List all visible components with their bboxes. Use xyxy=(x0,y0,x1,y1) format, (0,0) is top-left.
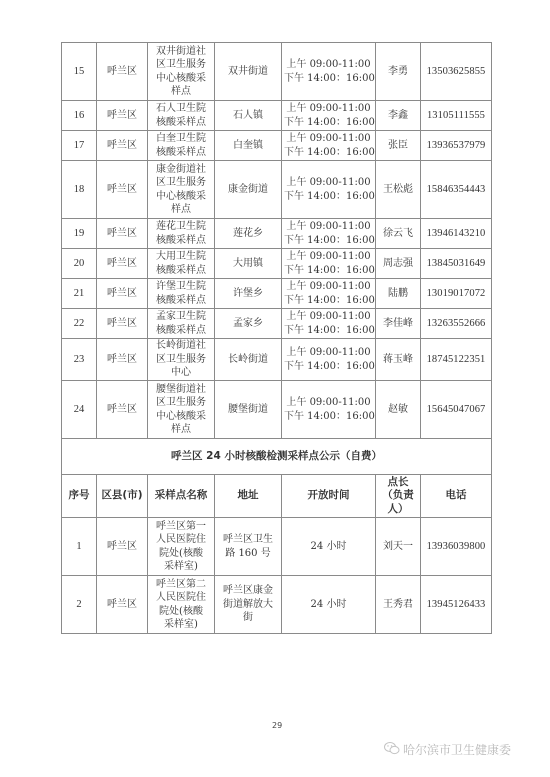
district: 呼兰区 xyxy=(97,249,148,279)
district: 呼兰区 xyxy=(97,161,148,219)
time-afternoon: 下午 14:00：16:00 xyxy=(284,294,373,308)
table-row: 18呼兰区康金街道社区卫生服务中心核酸采样点康金街道上午 09:00-11:00… xyxy=(62,161,492,219)
leader: 李勇 xyxy=(376,43,421,101)
leader: 刘天一 xyxy=(376,518,421,576)
site-name-cell: 许堡卫生院核酸采样点 xyxy=(148,279,215,309)
time-morning: 上午 09:00-11:00 xyxy=(284,250,373,264)
open-time: 24 小时 xyxy=(282,576,376,634)
row-number: 21 xyxy=(62,279,97,309)
district: 呼兰区 xyxy=(97,43,148,101)
watermark-text: 哈尔滨市卫生健康委 xyxy=(403,741,511,758)
row-number: 2 xyxy=(62,576,97,634)
section-title: 呼兰区 24 小时核酸检测采样点公示（自费） xyxy=(62,439,492,475)
column-header: 电话 xyxy=(421,475,492,518)
phone: 15645047067 xyxy=(421,381,492,439)
column-header: 区县(市) xyxy=(97,475,148,518)
open-time: 24 小时 xyxy=(282,518,376,576)
phone: 13503625855 xyxy=(421,43,492,101)
district: 呼兰区 xyxy=(97,219,148,249)
district: 呼兰区 xyxy=(97,309,148,339)
open-time: 上午 09:00-11:00下午 14:00：16:00 xyxy=(282,381,376,439)
site-name-cell: 大用卫生院核酸采样点 xyxy=(148,249,215,279)
site-name: 莲花卫生院核酸采样点 xyxy=(150,220,212,247)
open-time: 上午 09:00-11:00下午 14:00：16:00 xyxy=(282,279,376,309)
address: 康金街道 xyxy=(215,161,282,219)
leader: 陆鹏 xyxy=(376,279,421,309)
leader: 张臣 xyxy=(376,131,421,161)
open-time: 上午 09:00-11:00下午 14:00：16:00 xyxy=(282,219,376,249)
site-name: 腰堡街道社区卫生服务中心核酸采样点 xyxy=(150,383,212,437)
site-name-cell: 白奎卫生院核酸采样点 xyxy=(148,131,215,161)
time-afternoon: 下午 14:00：16:00 xyxy=(284,72,373,86)
address: 石人镇 xyxy=(215,101,282,131)
leader: 赵敏 xyxy=(376,381,421,439)
time-morning: 上午 09:00-11:00 xyxy=(284,310,373,324)
open-time: 上午 09:00-11:00下午 14:00：16:00 xyxy=(282,101,376,131)
row-number: 19 xyxy=(62,219,97,249)
leader: 王秀君 xyxy=(376,576,421,634)
table-row: 22呼兰区孟家卫生院核酸采样点孟家乡上午 09:00-11:00下午 14:00… xyxy=(62,309,492,339)
time-afternoon: 下午 14:00：16:00 xyxy=(284,360,373,374)
site-name: 白奎卫生院核酸采样点 xyxy=(150,132,212,159)
site-name: 双井街道社区卫生服务中心核酸采样点 xyxy=(150,45,212,99)
column-header: 点长（负责人） xyxy=(376,475,421,518)
sampling-sites-table: 15呼兰区双井街道社区卫生服务中心核酸采样点双井街道上午 09:00-11:00… xyxy=(61,42,492,634)
time-afternoon: 下午 14:00：16:00 xyxy=(284,234,373,248)
table-row: 21呼兰区许堡卫生院核酸采样点许堡乡上午 09:00-11:00下午 14:00… xyxy=(62,279,492,309)
address: 大用镇 xyxy=(215,249,282,279)
column-header: 开放时间 xyxy=(282,475,376,518)
row-number: 17 xyxy=(62,131,97,161)
phone: 13945126433 xyxy=(421,576,492,634)
leader: 李鑫 xyxy=(376,101,421,131)
row-number: 1 xyxy=(62,518,97,576)
time-morning: 上午 09:00-11:00 xyxy=(284,176,373,190)
table-row: 2呼兰区呼兰区第二人民医院住院处(核酸采样室)呼兰区康金街道解放大街24 小时王… xyxy=(62,576,492,634)
address: 莲花乡 xyxy=(215,219,282,249)
row-number: 16 xyxy=(62,101,97,131)
address: 呼兰区卫生路 160 号 xyxy=(217,533,279,560)
time-afternoon: 下午 14:00：16:00 xyxy=(284,410,373,424)
leader: 徐云飞 xyxy=(376,219,421,249)
district: 呼兰区 xyxy=(97,576,148,634)
site-name: 许堡卫生院核酸采样点 xyxy=(150,280,212,307)
header-row: 序号区县(市)采样点名称地址开放时间点长（负责人）电话 xyxy=(62,475,492,518)
table-row: 20呼兰区大用卫生院核酸采样点大用镇上午 09:00-11:00下午 14:00… xyxy=(62,249,492,279)
address: 白奎镇 xyxy=(215,131,282,161)
phone: 13845031649 xyxy=(421,249,492,279)
district: 呼兰区 xyxy=(97,339,148,381)
site-name: 石人卫生院核酸采样点 xyxy=(150,102,212,129)
address: 呼兰区康金街道解放大街 xyxy=(217,584,279,625)
table-row: 24呼兰区腰堡街道社区卫生服务中心核酸采样点腰堡街道上午 09:00-11:00… xyxy=(62,381,492,439)
address-cell: 呼兰区卫生路 160 号 xyxy=(215,518,282,576)
row-number: 22 xyxy=(62,309,97,339)
table-row: 16呼兰区石人卫生院核酸采样点石人镇上午 09:00-11:00下午 14:00… xyxy=(62,101,492,131)
row-number: 24 xyxy=(62,381,97,439)
site-name-cell: 石人卫生院核酸采样点 xyxy=(148,101,215,131)
address: 双井街道 xyxy=(215,43,282,101)
time-morning: 上午 09:00-11:00 xyxy=(284,220,373,234)
site-name-cell: 莲花卫生院核酸采样点 xyxy=(148,219,215,249)
watermark: 哈尔滨市卫生健康委 xyxy=(384,741,511,758)
time-afternoon: 下午 14:00：16:00 xyxy=(284,146,373,160)
page-number: 29 xyxy=(272,721,282,730)
site-name-cell: 腰堡街道社区卫生服务中心核酸采样点 xyxy=(148,381,215,439)
address: 许堡乡 xyxy=(215,279,282,309)
site-name-cell: 长岭街道社区卫生服务中心 xyxy=(148,339,215,381)
phone: 13019017072 xyxy=(421,279,492,309)
open-time: 上午 09:00-11:00下午 14:00：16:00 xyxy=(282,43,376,101)
district: 呼兰区 xyxy=(97,131,148,161)
open-time: 上午 09:00-11:00下午 14:00：16:00 xyxy=(282,339,376,381)
table-row: 1呼兰区呼兰区第一人民医院住院处(核酸采样室)呼兰区卫生路 160 号24 小时… xyxy=(62,518,492,576)
phone: 13936039800 xyxy=(421,518,492,576)
time-morning: 上午 09:00-11:00 xyxy=(284,280,373,294)
phone: 13105111555 xyxy=(421,101,492,131)
row-number: 23 xyxy=(62,339,97,381)
site-name-cell: 呼兰区第一人民医院住院处(核酸采样室) xyxy=(148,518,215,576)
column-header: 采样点名称 xyxy=(148,475,215,518)
phone: 15846354443 xyxy=(421,161,492,219)
row-number: 15 xyxy=(62,43,97,101)
row-number: 20 xyxy=(62,249,97,279)
table-row: 23呼兰区长岭街道社区卫生服务中心长岭街道上午 09:00-11:00下午 14… xyxy=(62,339,492,381)
site-name: 孟家卫生院核酸采样点 xyxy=(150,310,212,337)
wechat-icon xyxy=(384,741,400,758)
open-time: 上午 09:00-11:00下午 14:00：16:00 xyxy=(282,161,376,219)
district: 呼兰区 xyxy=(97,279,148,309)
phone: 13263552666 xyxy=(421,309,492,339)
time-afternoon: 下午 14:00：16:00 xyxy=(284,190,373,204)
leader: 王松彪 xyxy=(376,161,421,219)
site-name: 呼兰区第一人民医院住院处(核酸采样室) xyxy=(150,520,212,574)
site-name-cell: 康金街道社区卫生服务中心核酸采样点 xyxy=(148,161,215,219)
site-name-cell: 双井街道社区卫生服务中心核酸采样点 xyxy=(148,43,215,101)
open-time: 上午 09:00-11:00下午 14:00：16:00 xyxy=(282,249,376,279)
leader: 蒋玉峰 xyxy=(376,339,421,381)
district: 呼兰区 xyxy=(97,381,148,439)
site-name: 长岭街道社区卫生服务中心 xyxy=(150,339,212,380)
row-number: 18 xyxy=(62,161,97,219)
column-header: 地址 xyxy=(215,475,282,518)
address-cell: 呼兰区康金街道解放大街 xyxy=(215,576,282,634)
site-name: 康金街道社区卫生服务中心核酸采样点 xyxy=(150,163,212,217)
open-time: 上午 09:00-11:00下午 14:00：16:00 xyxy=(282,131,376,161)
phone: 13946143210 xyxy=(421,219,492,249)
address: 长岭街道 xyxy=(215,339,282,381)
site-name: 呼兰区第二人民医院住院处(核酸采样室) xyxy=(150,578,212,632)
section-title-row: 呼兰区 24 小时核酸检测采样点公示（自费） xyxy=(62,439,492,475)
time-morning: 上午 09:00-11:00 xyxy=(284,396,373,410)
leader: 周志强 xyxy=(376,249,421,279)
time-morning: 上午 09:00-11:00 xyxy=(284,102,373,116)
time-morning: 上午 09:00-11:00 xyxy=(284,346,373,360)
site-name-cell: 孟家卫生院核酸采样点 xyxy=(148,309,215,339)
phone: 18745122351 xyxy=(421,339,492,381)
time-afternoon: 下午 14:00：16:00 xyxy=(284,324,373,338)
column-header: 序号 xyxy=(62,475,97,518)
address: 孟家乡 xyxy=(215,309,282,339)
site-name-cell: 呼兰区第二人民医院住院处(核酸采样室) xyxy=(148,576,215,634)
table-row: 15呼兰区双井街道社区卫生服务中心核酸采样点双井街道上午 09:00-11:00… xyxy=(62,43,492,101)
time-afternoon: 下午 14:00：16:00 xyxy=(284,116,373,130)
open-time: 上午 09:00-11:00下午 14:00：16:00 xyxy=(282,309,376,339)
time-morning: 上午 09:00-11:00 xyxy=(284,58,373,72)
phone: 13936537979 xyxy=(421,131,492,161)
district: 呼兰区 xyxy=(97,101,148,131)
time-morning: 上午 09:00-11:00 xyxy=(284,132,373,146)
site-name: 大用卫生院核酸采样点 xyxy=(150,250,212,277)
time-afternoon: 下午 14:00：16:00 xyxy=(284,264,373,278)
district: 呼兰区 xyxy=(97,518,148,576)
table-row: 19呼兰区莲花卫生院核酸采样点莲花乡上午 09:00-11:00下午 14:00… xyxy=(62,219,492,249)
table-row: 17呼兰区白奎卫生院核酸采样点白奎镇上午 09:00-11:00下午 14:00… xyxy=(62,131,492,161)
leader: 李佳峰 xyxy=(376,309,421,339)
address: 腰堡街道 xyxy=(215,381,282,439)
